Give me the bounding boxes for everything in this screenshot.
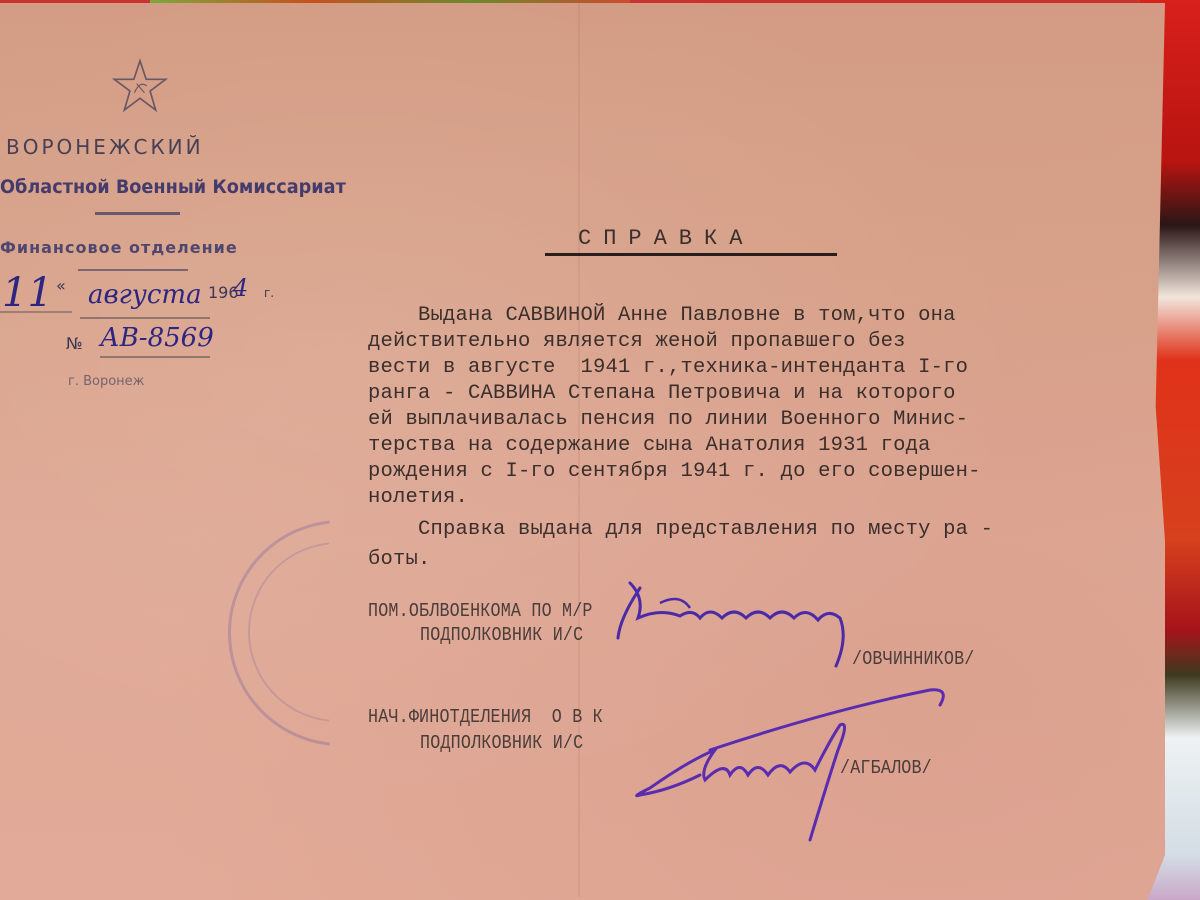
signatory-title-line2: ПОДПОЛКОВНИК И/С xyxy=(420,732,583,754)
stamp-department: Финансовое отделение xyxy=(0,238,238,257)
red-star-hammer-sickle-icon xyxy=(112,58,168,114)
stamp-date-year-handwritten: 4 xyxy=(233,274,248,302)
handwritten-signature-icon xyxy=(600,578,870,673)
signatory-title-line1: ПОМ.ОБЛВОЕНКОМА ПО М/Р xyxy=(368,600,593,622)
signatory-title-line1: НАЧ.ФИНОТДЕЛЕНИЯ О В К xyxy=(368,706,603,728)
body-line: ей выплачивалась пенсия по линии Военног… xyxy=(368,407,968,433)
body-line: ранга - САВВИНА Степана Петровича и на к… xyxy=(368,381,956,407)
handwritten-signature-icon xyxy=(630,680,950,850)
body-line: терства на содержание сына Анатолия 1931… xyxy=(368,433,931,459)
stamp-org-name: Областной Военный Комиссариат xyxy=(0,176,346,198)
stamp-divider xyxy=(95,212,180,215)
signatory-name: /ОВЧИННИКОВ/ xyxy=(852,648,975,670)
body-line: вести в августе 1941 г.,техника-интендан… xyxy=(368,355,968,381)
body-line: нолетия. xyxy=(368,485,468,511)
stamp-date-prefix: « xyxy=(56,276,66,295)
body-line: Справка выдана для представления по мест… xyxy=(368,517,993,543)
stamp-number: АВ-8569 xyxy=(100,323,214,353)
stamp-underline xyxy=(0,311,72,313)
signatory-title-line2: ПОДПОЛКОВНИК И/С xyxy=(420,624,583,646)
body-line: Выдана САВВИНОЙ Анне Павловне в том,что … xyxy=(368,303,956,329)
stamp-date-month: августа xyxy=(88,280,202,310)
stamp-date-day: 11 xyxy=(2,270,53,316)
stamp-underline xyxy=(100,356,210,358)
stamp-date-suffix: г. xyxy=(264,286,274,300)
stamp-divider xyxy=(78,269,188,271)
stamp-city: г. Воронеж xyxy=(68,374,144,389)
stamp-org-region: ВОРОНЕЖСКИЙ xyxy=(6,135,204,159)
document-title: СПРАВКА xyxy=(578,226,754,251)
body-line: боты. xyxy=(368,547,431,573)
body-line: рождения с I-го сентября 1941 г. до его … xyxy=(368,459,981,485)
title-underline xyxy=(545,253,837,256)
stamp-underline xyxy=(80,317,210,319)
stamp-number-prefix: № xyxy=(66,334,83,353)
body-line: действительно является женой пропавшего … xyxy=(368,329,906,355)
